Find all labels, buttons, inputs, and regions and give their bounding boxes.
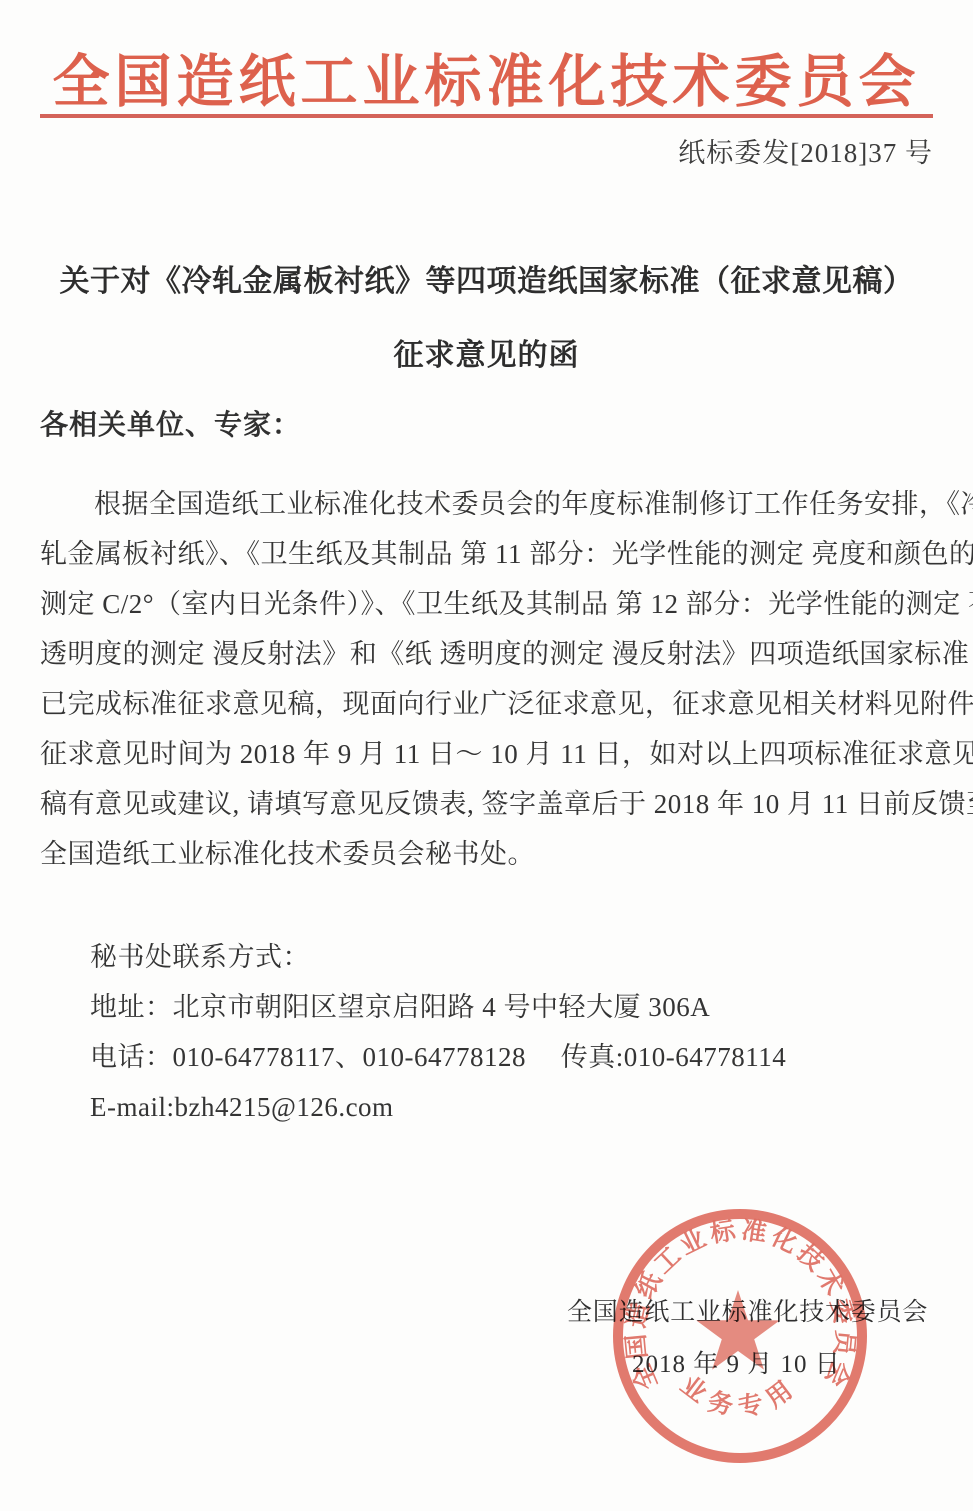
body-line: 测定 C/2°（室内日光条件）》、《卫生纸及其制品 第 12 部分：光学性能的测… bbox=[40, 579, 940, 629]
letterhead-org-name: 全国造纸工业标准化技术委员会 bbox=[0, 36, 973, 118]
official-seal: 全国造纸工业标准化技术委员会 业务专用 bbox=[610, 1206, 870, 1466]
body-line: 根据全国造纸工业标准化技术委员会的年度标准制修订工作任务安排，《冷 bbox=[40, 479, 940, 529]
body-line: 轧金属板衬纸》、《卫生纸及其制品 第 11 部分：光学性能的测定 亮度和颜色的 bbox=[40, 529, 940, 579]
body-line: 全国造纸工业标准化技术委员会秘书处。 bbox=[40, 829, 940, 879]
document-title-line1: 关于对《冷轧金属板衬纸》等四项造纸国家标准（征求意见稿） bbox=[0, 256, 973, 300]
contact-heading: 秘书处联系方式： bbox=[90, 932, 950, 982]
seal-bottom-text: 业务专用 bbox=[675, 1371, 805, 1422]
contact-block: 秘书处联系方式： 地址：北京市朝阳区望京启阳路 4 号中轻大厦 306A 电话：… bbox=[90, 932, 950, 1132]
body-line: 透明度的测定 漫反射法》和《纸 透明度的测定 漫反射法》四项造纸国家标准 bbox=[40, 629, 940, 679]
contact-address: 地址：北京市朝阳区望京启阳路 4 号中轻大厦 306A bbox=[90, 982, 950, 1032]
document-page: 全国造纸工业标准化技术委员会 纸标委发[2018]37 号 关于对《冷轧金属板衬… bbox=[0, 0, 973, 1511]
seal-bottom-text-holder: 业务专用 bbox=[675, 1371, 805, 1422]
contact-phone: 电话：010-64778117、010-64778128 传真:010-6477… bbox=[90, 1032, 950, 1082]
doc-number: 纸标委发[2018]37 号 bbox=[678, 131, 933, 170]
salutation: 各相关单位、专家： bbox=[40, 403, 301, 443]
document-title-line2: 征求意见的函 bbox=[0, 330, 973, 374]
contact-email: E-mail:bzh4215@126.com bbox=[90, 1082, 950, 1132]
body-line: 已完成标准征求意见稿，现面向行业广泛征求意见，征求意见相关材料见附件。 bbox=[40, 679, 940, 729]
body-line: 征求意见时间为 2018 年 9 月 11 日～ 10 月 11 日，如对以上四… bbox=[40, 729, 940, 779]
body-paragraph: 根据全国造纸工业标准化技术委员会的年度标准制修订工作任务安排，《冷 轧金属板衬纸… bbox=[40, 479, 940, 879]
seal-star bbox=[696, 1290, 780, 1370]
body-line: 稿有意见或建议, 请填写意见反馈表, 签字盖章后于 2018 年 10 月 11… bbox=[40, 779, 940, 829]
letterhead-divider bbox=[40, 114, 933, 118]
